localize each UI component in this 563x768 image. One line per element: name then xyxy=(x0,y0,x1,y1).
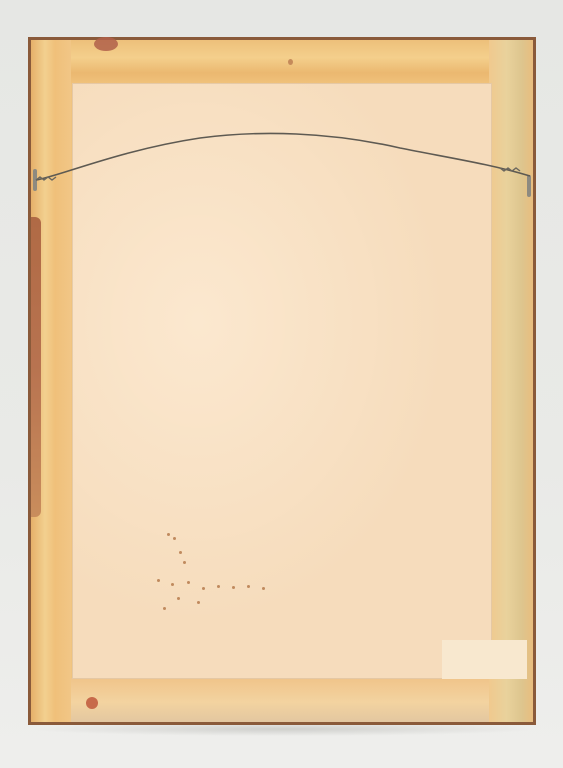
hanging-wire xyxy=(0,0,563,768)
